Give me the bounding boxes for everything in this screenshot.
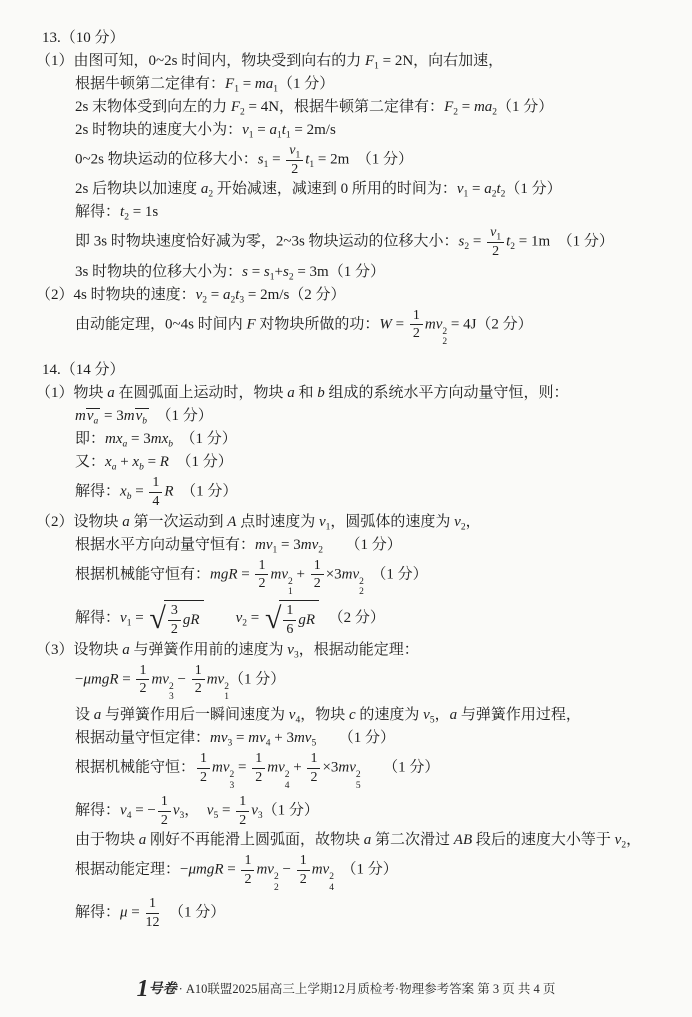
- footer-exam-title: A10联盟2025届高三上学期12月质检考·物理参考答案: [186, 982, 474, 996]
- answer-line-8: 解得：t2 = 1s: [0, 202, 664, 223]
- fraction: 12: [252, 751, 265, 785]
- fraction: 112: [146, 896, 160, 930]
- answer-line-3: 根据牛顿第二定律有：F1 = ma1（1 分）: [0, 74, 664, 95]
- answer-line-27: 根据机械能守恒：12mv23 = 12mv24 + 12×3mv25 （1 分）: [0, 751, 664, 792]
- answer-line-29: 由于物块 a 刚好不再能滑上圆弧面，故物块 a 第二次滑过 AB 段后的速度大小…: [0, 830, 664, 851]
- fraction: v12: [487, 225, 504, 259]
- brand-logo-text: 号卷: [149, 982, 177, 997]
- answer-line-26: 根据动量守恒定律：mv3 = mv4 + 3mv5 （1 分）: [0, 728, 664, 749]
- footer-page-info: 第 3 页 共 4 页: [477, 982, 555, 996]
- fraction: 16: [283, 603, 296, 637]
- fraction: 12: [197, 751, 210, 785]
- answer-line-10: 3s 时物块的位移大小为：s = s1+s2 = 3m（1 分）: [0, 262, 664, 283]
- answer-line-4: 2s 末物体受到向左的力 F2 = 4N，根据牛顿第二定律有：F2 = ma2（…: [0, 97, 664, 118]
- fraction: 12: [297, 853, 310, 887]
- footer-separator: ·: [179, 982, 183, 996]
- overline-group: va: [86, 408, 100, 425]
- answer-line-11: （2）4s 时物块的速度：v2 = a2t3 = 2m/s（2 分）: [0, 285, 664, 306]
- answer-line-30: 根据动能定理：−μmgR = 12mv22 − 12mv24 （1 分）: [0, 853, 664, 894]
- overline-group: vb: [135, 408, 149, 425]
- answer-line-12: 由动能定理，0~4s 时间内 F 对物块所做的功：W = 12mv22 = 4J…: [0, 308, 664, 349]
- square-root: √16gR: [265, 600, 319, 637]
- answer-line-5: 2s 时物块的速度大小为：v1 = a1t1 = 2m/s: [0, 120, 664, 141]
- answer-line-25: 设 a 与弹簧作用后一瞬间速度为 v4，物块 c 的速度为 v5，a 与弹簧作用…: [0, 705, 664, 726]
- answer-line-13: 14.（14 分）: [0, 360, 664, 381]
- fraction: 12: [236, 794, 249, 828]
- answer-line-31: 解得：μ = 112 （1 分）: [0, 896, 664, 930]
- fraction: 12: [255, 558, 268, 592]
- square-root: √32gR: [149, 600, 203, 637]
- fraction: 12: [192, 663, 205, 697]
- fraction: 12: [311, 558, 324, 592]
- fraction: 32: [168, 603, 181, 637]
- fraction: 12: [158, 794, 171, 828]
- page-footer: 1号卷· A10联盟2025届高三上学期12月质检考·物理参考答案 第 3 页 …: [0, 976, 692, 1003]
- answer-line-24: −μmgR = 12mv23 − 12mv21（1 分）: [0, 663, 664, 704]
- fraction: 12: [410, 308, 423, 342]
- fraction: 12: [136, 663, 149, 697]
- answer-line-7: 2s 后物块以加速度 a2 开始减速，减速到 0 所用的时间为：v1 = a2t…: [0, 179, 664, 200]
- answer-line-23: （3）设物块 a 与弹簧作用前的速度为 v3，根据动能定理：: [0, 640, 664, 661]
- answer-line-14: （1）物块 a 在圆弧面上运动时，物块 a 和 b 组成的系统水平方向动量守恒，…: [0, 383, 664, 404]
- answer-line-2: （1）由图可知，0~2s 时间内，物块受到向右的力 F1 = 2N，向右加速，: [0, 51, 664, 72]
- answer-sheet-page: 13.（10 分）（1）由图可知，0~2s 时间内，物块受到向右的力 F1 = …: [0, 0, 692, 1017]
- answer-line-1: 13.（10 分）: [0, 28, 664, 49]
- fraction: 12: [241, 853, 254, 887]
- fraction: 12: [307, 751, 320, 785]
- answer-line-28: 解得：v4 = −12v3， v5 = 12v3（1 分）: [0, 794, 664, 828]
- answer-line-16: 即：mxa = 3mxb （1 分）: [0, 429, 664, 450]
- answer-line-17: 又：xa + xb = R （1 分）: [0, 452, 664, 473]
- answer-line-18: 解得：xb = 14R （1 分）: [0, 475, 664, 509]
- answer-line-9: 即 3s 时物块速度恰好减为零，2~3s 物块运动的位移大小：s2 = v12t…: [0, 225, 664, 259]
- brand-logo-numeral: 1: [137, 976, 148, 1002]
- answer-line-15: mva = 3mvb （1 分）: [0, 406, 664, 427]
- answer-line-20: 根据水平方向动量守恒有：mv1 = 3mv2 （1 分）: [0, 535, 664, 556]
- answer-content: 13.（10 分）（1）由图可知，0~2s 时间内，物块受到向右的力 F1 = …: [0, 0, 692, 930]
- answer-line-22: 解得：v1 = √32gR v2 = √16gR （2 分）: [0, 600, 664, 637]
- answer-line-19: （2）设物块 a 第一次运动到 A 点时速度为 v1，圆弧体的速度为 v2，: [0, 512, 664, 533]
- fraction: 14: [149, 475, 162, 509]
- answer-line-21: 根据机械能守恒有：mgR = 12mv21 + 12×3mv22 （1 分）: [0, 558, 664, 599]
- answer-line-6: 0~2s 物块运动的位移大小：s1 = v12t1 = 2m （1 分）: [0, 143, 664, 177]
- fraction: v12: [286, 143, 303, 177]
